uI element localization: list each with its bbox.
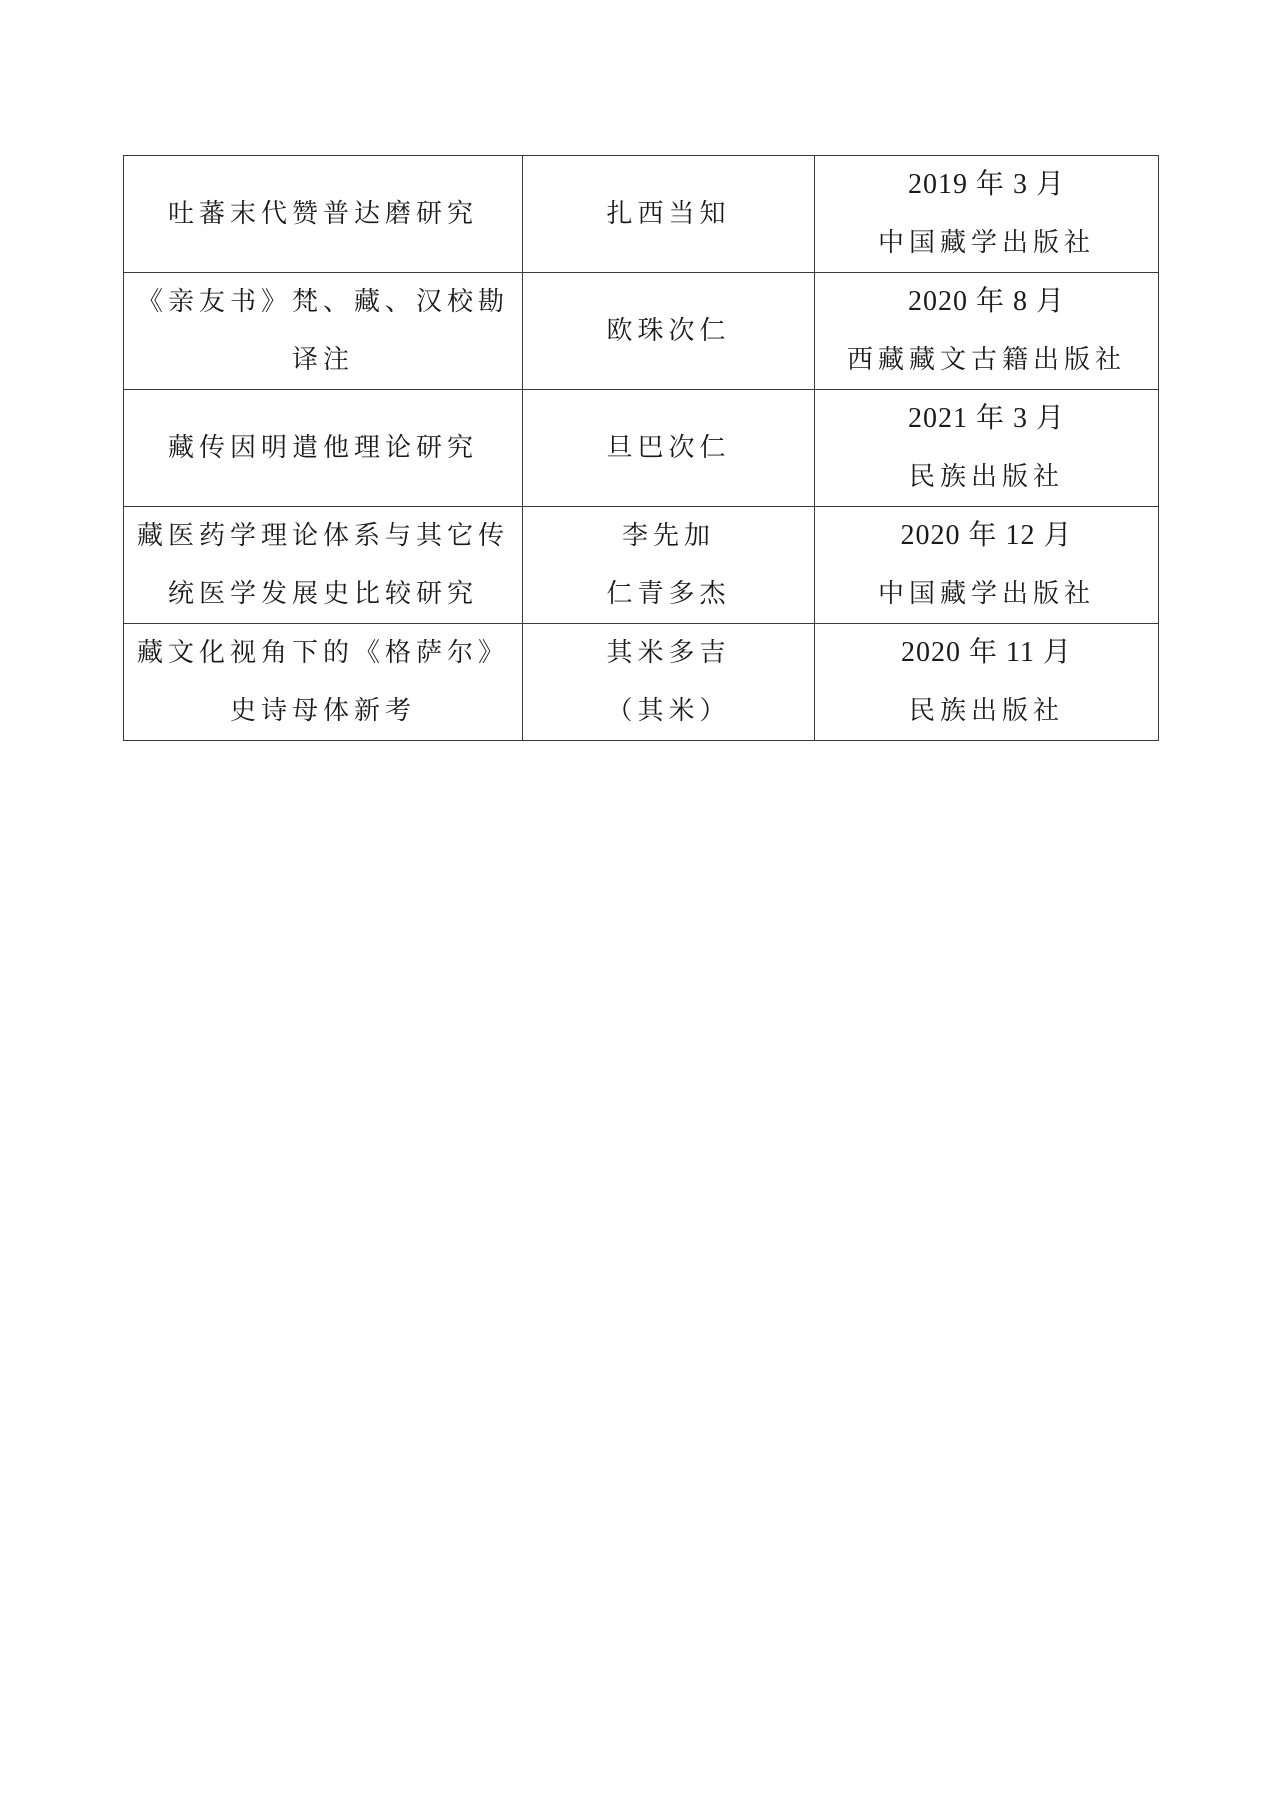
book-title-continued: 译注 (130, 331, 516, 389)
author-name: 仁青多杰 (529, 565, 808, 623)
publication-date: 2019 年 3 月 (821, 156, 1152, 214)
publication-cell: 2021 年 3 月 民族出版社 (815, 390, 1159, 507)
publication-table: 吐蕃末代赞普达磨研究 扎西当知 2019 年 3 月 中国藏学出版社 《亲友书》… (123, 155, 1159, 741)
publication-date: 2021 年 3 月 (821, 390, 1152, 448)
publication-cell: 2019 年 3 月 中国藏学出版社 (815, 156, 1159, 273)
table-row: 《亲友书》梵、藏、汉校勘 译注 欧珠次仁 2020 年 8 月 西藏藏文古籍出版… (124, 273, 1159, 390)
author-name: 旦巴次仁 (529, 419, 808, 477)
table-row: 吐蕃末代赞普达磨研究 扎西当知 2019 年 3 月 中国藏学出版社 (124, 156, 1159, 273)
publication-cell: 2020 年 11 月 民族出版社 (815, 624, 1159, 741)
table-row: 藏传因明遣他理论研究 旦巴次仁 2021 年 3 月 民族出版社 (124, 390, 1159, 507)
table-row: 藏文化视角下的《格萨尔》 史诗母体新考 其米多吉 （其米） 2020 年 11 … (124, 624, 1159, 741)
title-cell: 吐蕃末代赞普达磨研究 (124, 156, 523, 273)
book-title: 藏医药学理论体系与其它传 (130, 507, 516, 565)
author-cell: 欧珠次仁 (523, 273, 815, 390)
publisher-name: 民族出版社 (821, 682, 1152, 740)
author-cell: 其米多吉 （其米） (523, 624, 815, 741)
publication-date: 2020 年 11 月 (821, 624, 1152, 682)
author-name: 扎西当知 (529, 185, 808, 243)
author-cell: 李先加 仁青多杰 (523, 507, 815, 624)
book-title-continued: 统医学发展史比较研究 (130, 565, 516, 623)
publication-date: 2020 年 12 月 (821, 507, 1152, 565)
author-name: 其米多吉 (529, 624, 808, 682)
author-name: 李先加 (529, 507, 808, 565)
book-title: 藏传因明遣他理论研究 (130, 419, 516, 477)
publisher-name: 民族出版社 (821, 448, 1152, 506)
title-cell: 藏传因明遣他理论研究 (124, 390, 523, 507)
publication-cell: 2020 年 12 月 中国藏学出版社 (815, 507, 1159, 624)
book-title-continued: 史诗母体新考 (130, 682, 516, 740)
author-name: 欧珠次仁 (529, 302, 808, 360)
book-title: 藏文化视角下的《格萨尔》 (130, 624, 516, 682)
book-title: 《亲友书》梵、藏、汉校勘 (130, 273, 516, 331)
author-alias: （其米） (529, 682, 808, 740)
title-cell: 藏医药学理论体系与其它传 统医学发展史比较研究 (124, 507, 523, 624)
publication-date: 2020 年 8 月 (821, 273, 1152, 331)
author-cell: 扎西当知 (523, 156, 815, 273)
publisher-name: 中国藏学出版社 (821, 214, 1152, 272)
book-title: 吐蕃末代赞普达磨研究 (130, 185, 516, 243)
table-row: 藏医药学理论体系与其它传 统医学发展史比较研究 李先加 仁青多杰 2020 年 … (124, 507, 1159, 624)
title-cell: 藏文化视角下的《格萨尔》 史诗母体新考 (124, 624, 523, 741)
publisher-name: 中国藏学出版社 (821, 565, 1152, 623)
publisher-name: 西藏藏文古籍出版社 (821, 331, 1152, 389)
title-cell: 《亲友书》梵、藏、汉校勘 译注 (124, 273, 523, 390)
author-cell: 旦巴次仁 (523, 390, 815, 507)
publication-cell: 2020 年 8 月 西藏藏文古籍出版社 (815, 273, 1159, 390)
